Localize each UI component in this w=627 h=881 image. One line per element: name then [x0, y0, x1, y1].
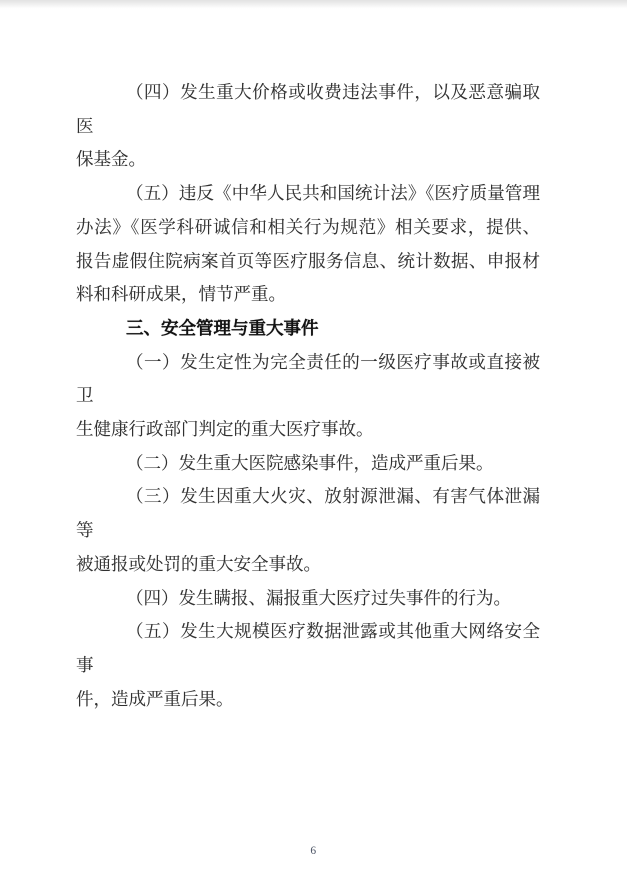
- page-top-shadow: [0, 0, 627, 10]
- text-line: （五）发生大规模医疗数据泄露或其他重大网络安全事: [76, 615, 540, 682]
- text-line: （一）发生定性为完全责任的一级医疗事故或直接被卫: [76, 346, 540, 413]
- text-line: （四）发生重大价格或收费违法事件，以及恶意骗取医: [76, 76, 540, 143]
- document-page: （四）发生重大价格或收费违法事件，以及恶意骗取医保基金。（五）违反《中华人民共和…: [0, 0, 627, 881]
- section-heading: 三、安全管理与重大事件: [76, 312, 540, 346]
- text-line: 生健康行政部门判定的重大医疗事故。: [76, 413, 540, 447]
- document-body: （四）发生重大价格或收费违法事件，以及恶意骗取医保基金。（五）违反《中华人民共和…: [76, 76, 540, 716]
- page-number: 6: [0, 845, 627, 857]
- text-line: 办法》《医学科研诚信和相关行为规范》相关要求，提供、: [76, 211, 540, 245]
- text-line: （五）违反《中华人民共和国统计法》《医疗质量管理: [76, 177, 540, 211]
- text-line: 报告虚假住院病案首页等医疗服务信息、统计数据、申报材: [76, 245, 540, 279]
- text-line: （二）发生重大医院感染事件，造成严重后果。: [76, 447, 540, 481]
- text-line: 料和科研成果，情节严重。: [76, 278, 540, 312]
- text-line: 件，造成严重后果。: [76, 683, 540, 717]
- text-line: （三）发生因重大火灾、放射源泄漏、有害气体泄漏等: [76, 480, 540, 547]
- text-line: 被通报或处罚的重大安全事故。: [76, 548, 540, 582]
- text-line: （四）发生瞒报、漏报重大医疗过失事件的行为。: [76, 582, 540, 616]
- text-line: 保基金。: [76, 143, 540, 177]
